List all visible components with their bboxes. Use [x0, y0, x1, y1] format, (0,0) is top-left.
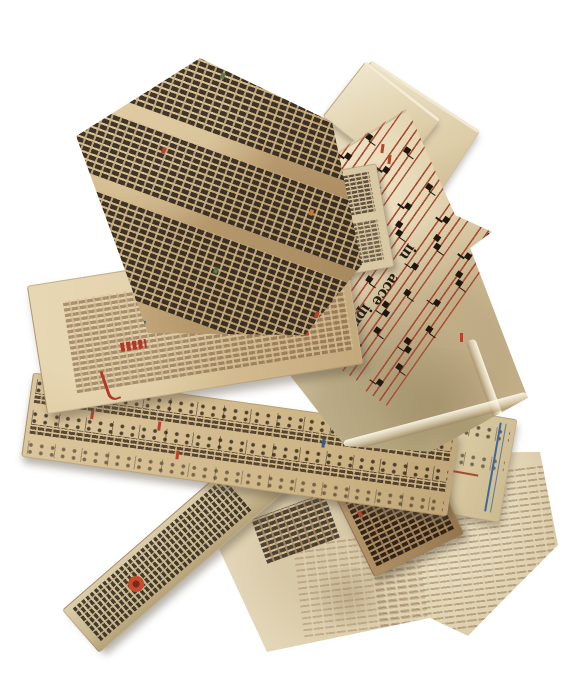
square-note [382, 166, 390, 174]
parchment-stain [305, 567, 395, 627]
square-note [365, 275, 373, 283]
square-note [373, 326, 381, 334]
square-note [463, 196, 471, 204]
red-initial-mark [161, 59, 167, 66]
square-note [403, 146, 411, 154]
red-initial-mark [102, 221, 108, 228]
square-note [433, 298, 441, 306]
square-note [395, 229, 403, 237]
red-accent [380, 144, 384, 153]
square-note [425, 325, 433, 333]
square-note [382, 309, 390, 317]
square-note [433, 242, 441, 250]
teal-initial-mark [57, 258, 63, 265]
square-note [455, 279, 463, 287]
square-note [442, 216, 450, 224]
square-note [411, 262, 419, 270]
red-accent [460, 333, 463, 342]
red-initial-mark [306, 99, 312, 106]
square-note [404, 203, 412, 211]
square-note [464, 253, 472, 261]
manuscript-pile-photo: in acce ipratum [0, 0, 570, 694]
square-note [344, 153, 352, 161]
square-note [485, 232, 493, 240]
square-note [425, 182, 433, 190]
square-note [403, 289, 411, 297]
